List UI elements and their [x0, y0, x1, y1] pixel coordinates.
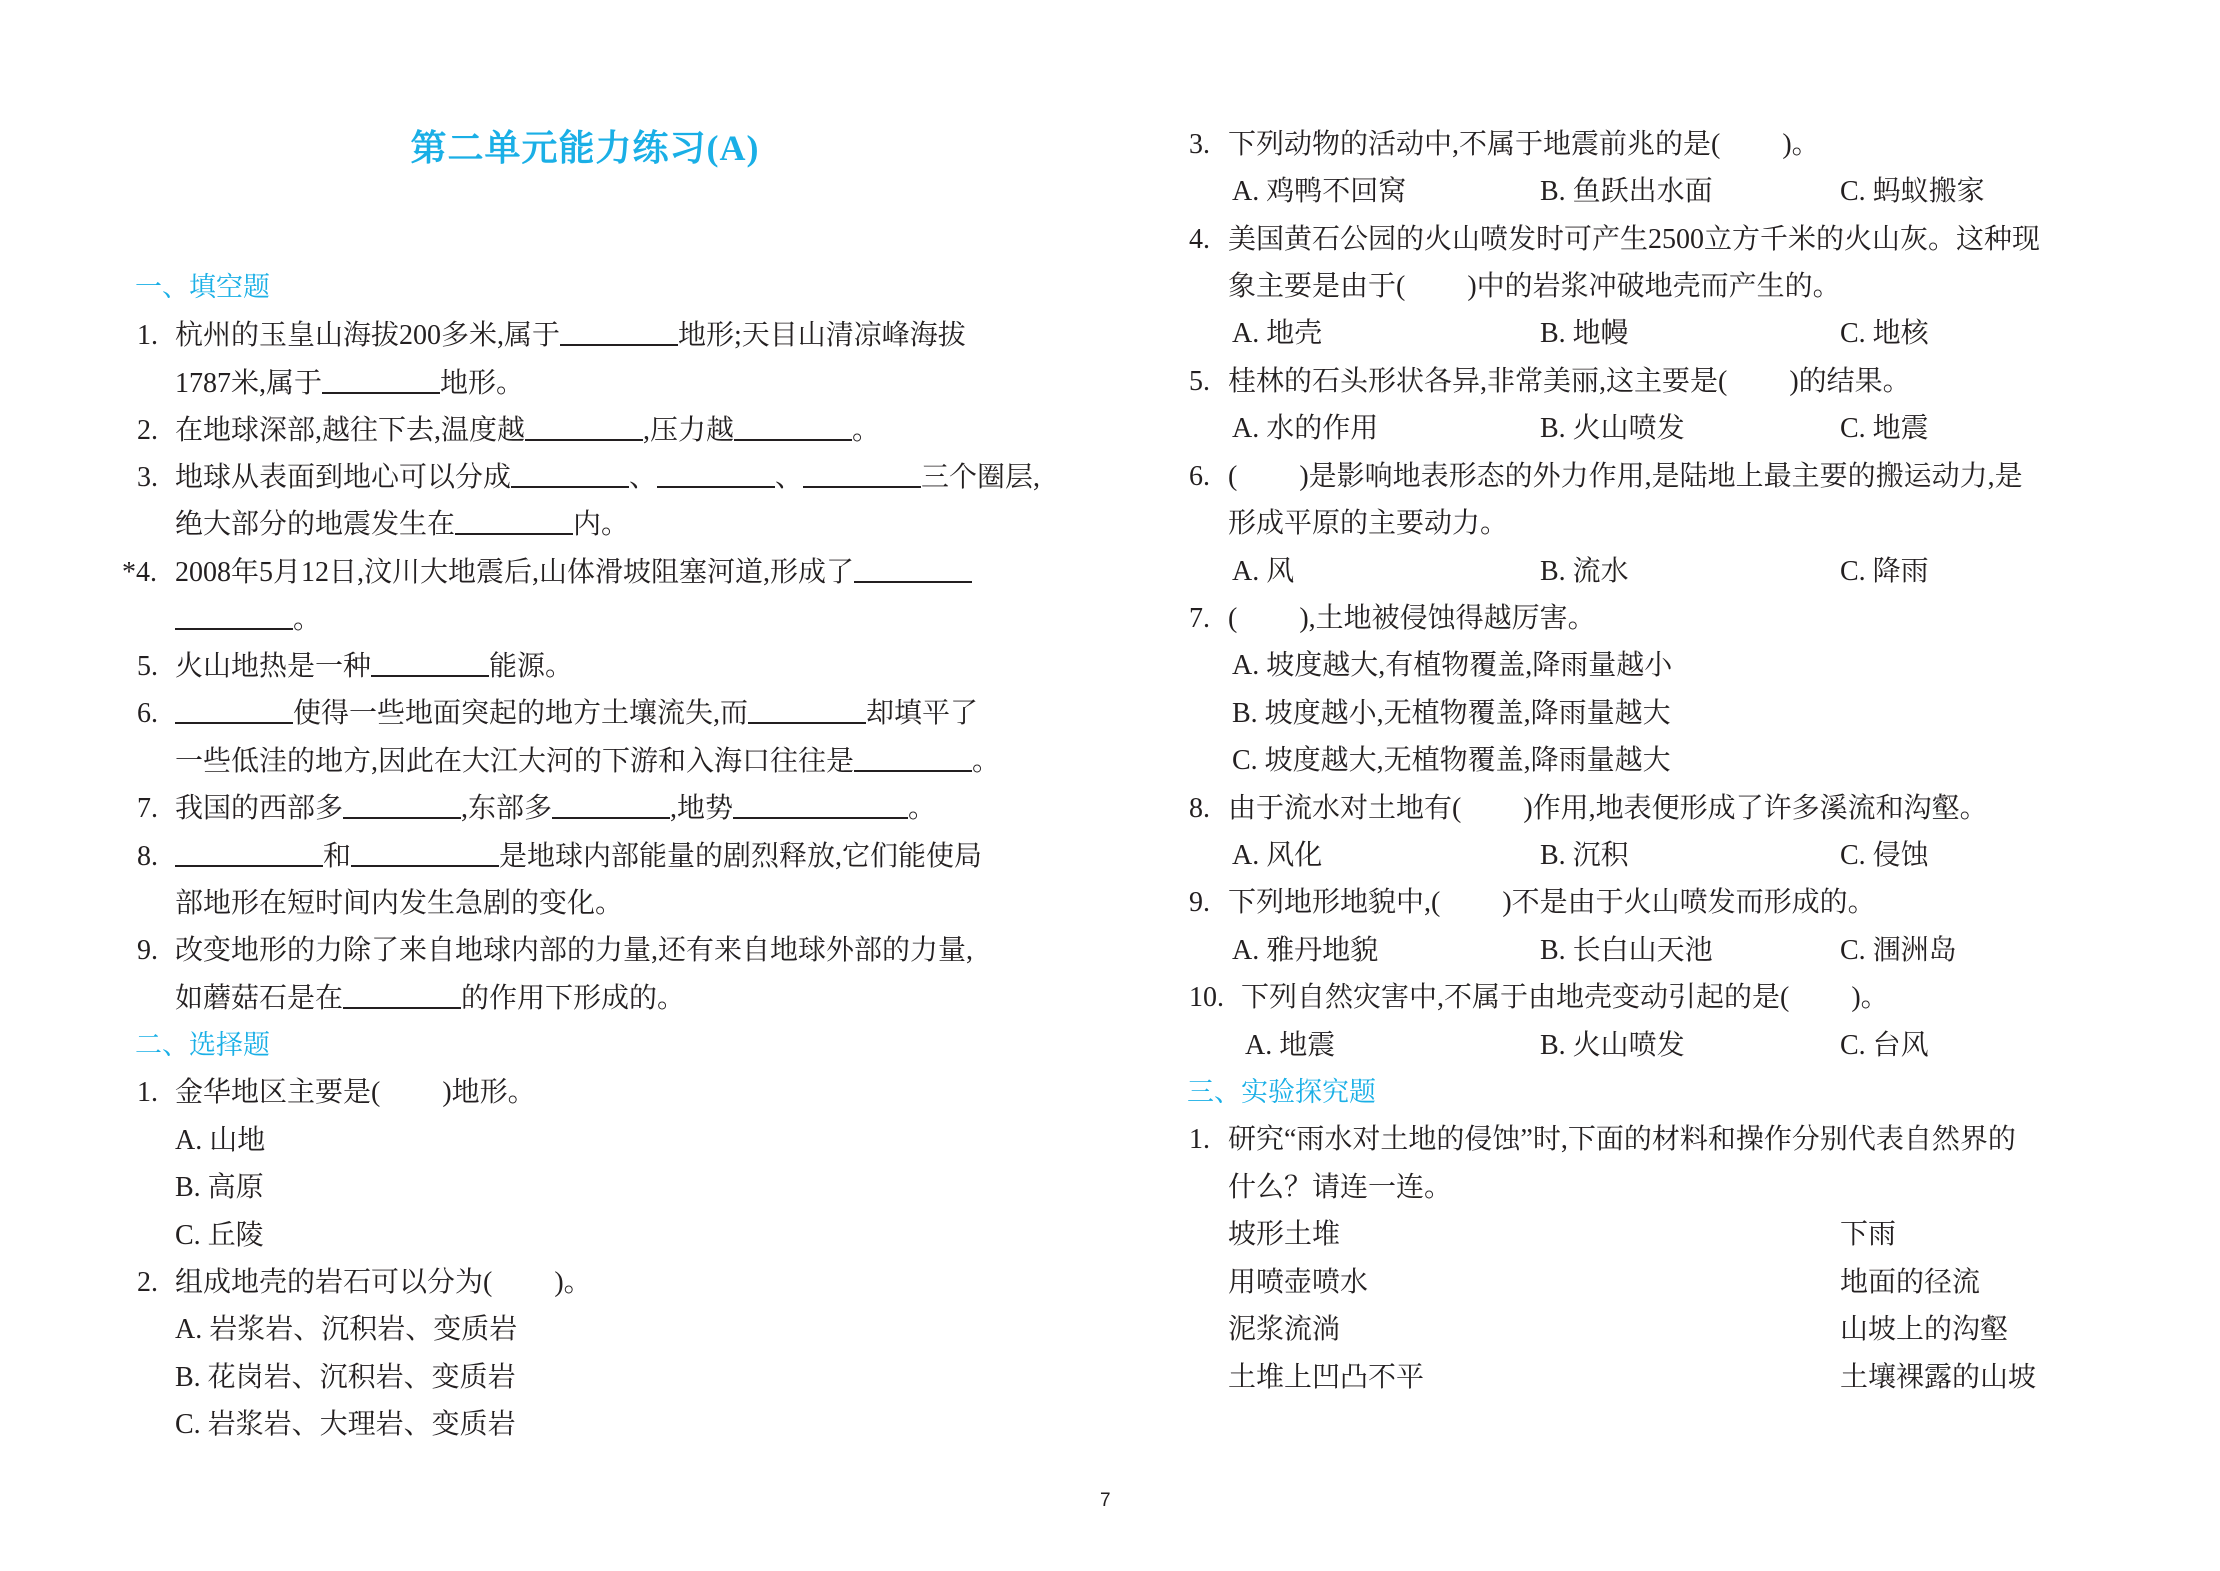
question-number: 9.	[1189, 879, 1228, 926]
choice-question-10: 10.下列自然灾害中,不属于由地壳变动引起的是()。	[1189, 974, 1889, 1021]
match-left-item-2[interactable]: 用喷壶喷水	[1228, 1259, 1368, 1306]
question-number: 1.	[1189, 1116, 1228, 1163]
option-a[interactable]: A. 岩浆岩、沉积岩、变质岩	[175, 1306, 517, 1353]
question-text: 。	[972, 746, 1000, 777]
question-text: 我国的西部多	[175, 793, 343, 824]
answer-blank[interactable]	[175, 598, 293, 630]
option-c[interactable]: C. 侵蚀	[1840, 832, 1929, 879]
match-right-item-3[interactable]: 山坡上的沟壑	[1840, 1306, 2008, 1353]
question-number: 4.	[1189, 216, 1228, 263]
question-text: 如蘑菇石是在	[175, 983, 343, 1014]
answer-blank[interactable]	[734, 409, 852, 441]
question-number: 2.	[137, 407, 175, 454]
answer-blank[interactable]	[854, 551, 972, 583]
option-a[interactable]: A. 山地	[175, 1117, 265, 1164]
fill-question-9: 9.改变地形的力除了来自地球内部的力量,还有来自地球外部的力量,	[137, 927, 973, 974]
question-text: 能源。	[489, 651, 573, 682]
option-c[interactable]: C. 丘陵	[175, 1212, 264, 1259]
question-text: ,地势	[670, 793, 733, 824]
question-text: 在地球深部,越往下去,温度越	[175, 415, 525, 446]
fill-question-8-cont: 部地形在短时间内发生急剧的变化。	[175, 880, 623, 927]
option-a[interactable]: A. 风	[1232, 548, 1294, 595]
option-a[interactable]: A. 地壳	[1232, 310, 1322, 357]
section-heading-experiment: 三、实验探究题	[1187, 1069, 1376, 1116]
question-number: 7.	[1189, 595, 1228, 642]
option-a[interactable]: A. 鸡鸭不回窝	[1232, 168, 1406, 215]
choice-question-6: 6.()是影响地表形态的外力作用,是陆地上最主要的搬运动力,是	[1189, 453, 2023, 500]
fill-question-4: *4.2008年5月12日,汶川大地震后,山体滑坡阻塞河道,形成了	[122, 549, 972, 596]
question-number: 6.	[1189, 453, 1228, 500]
answer-blank[interactable]	[854, 740, 972, 772]
question-text: 。	[908, 793, 936, 824]
question-text: 2008年5月12日,汶川大地震后,山体滑坡阻塞河道,形成了	[175, 557, 854, 588]
question-text: 部地形在短时间内发生急剧的变化。	[175, 888, 623, 919]
question-text: )不是由于火山喷发而形成的。	[1502, 887, 1875, 918]
answer-blank[interactable]	[552, 787, 670, 819]
answer-blank[interactable]	[525, 409, 643, 441]
question-text: 美国黄石公园的火山喷发时可产生2500立方千米的火山灰。这种现	[1228, 224, 2040, 255]
question-text: 研究“雨水对土地的侵蚀”时,下面的材料和操作分别代表自然界的	[1228, 1124, 2016, 1155]
option-c[interactable]: C. 台风	[1840, 1022, 1929, 1069]
match-left-item-3[interactable]: 泥浆流淌	[1228, 1306, 1340, 1353]
question-number: 5.	[137, 643, 175, 690]
question-text: 火山地热是一种	[175, 651, 371, 682]
experiment-question-1: 1.研究“雨水对土地的侵蚀”时,下面的材料和操作分别代表自然界的	[1189, 1116, 2016, 1163]
question-text: 下列地形地貌中,(	[1228, 887, 1440, 918]
fill-question-3: 3.地球从表面到地心可以分成、、三个圈层,	[137, 454, 1040, 501]
answer-blank[interactable]	[733, 787, 908, 819]
match-left-item-4[interactable]: 土堆上凹凸不平	[1228, 1354, 1424, 1401]
question-text: 地形;天目山清凉峰海拔	[678, 320, 966, 351]
question-text: )。	[1782, 129, 1819, 160]
question-text: 桂林的石头形状各异,非常美丽,这主要是(	[1228, 366, 1727, 397]
fill-question-1: 1.杭州的玉皇山海拔200多米,属于地形;天目山清凉峰海拔	[137, 312, 966, 359]
choice-question-3: 3.下列动物的活动中,不属于地震前兆的是()。	[1189, 121, 1820, 168]
question-text: 一些低洼的地方,因此在大江大河的下游和入海口往往是	[175, 746, 854, 777]
choice-question-4: 4.美国黄石公园的火山喷发时可产生2500立方千米的火山灰。这种现	[1189, 216, 2040, 263]
answer-blank[interactable]	[803, 456, 921, 488]
answer-blank[interactable]	[511, 456, 629, 488]
question-text: )是影响地表形态的外力作用,是陆地上最主要的搬运动力,是	[1299, 461, 2022, 492]
question-text: )中的岩浆冲破地壳而产生的。	[1467, 271, 1840, 302]
option-b[interactable]: B. 火山喷发	[1540, 405, 1685, 452]
option-b[interactable]: B. 鱼跃出水面	[1540, 168, 1713, 215]
option-b[interactable]: B. 花岗岩、沉积岩、变质岩	[175, 1354, 516, 1401]
option-a[interactable]: A. 地震	[1245, 1022, 1335, 1069]
answer-blank[interactable]	[322, 362, 440, 394]
option-a[interactable]: A. 水的作用	[1232, 405, 1378, 452]
option-c[interactable]: C. 涠洲岛	[1840, 927, 1957, 974]
question-text: 组成地壳的岩石可以分为(	[175, 1267, 492, 1298]
option-b[interactable]: B. 流水	[1540, 548, 1629, 595]
option-c[interactable]: C. 降雨	[1840, 548, 1929, 595]
choice-question-2: 2.组成地壳的岩石可以分为()。	[137, 1259, 592, 1306]
question-text: 绝大部分的地震发生在	[175, 509, 455, 540]
question-number: 5.	[1189, 358, 1228, 405]
question-text: )的结果。	[1789, 366, 1910, 397]
choice-question-8: 8.由于流水对土地有()作用,地表便形成了许多溪流和沟壑。	[1189, 785, 1988, 832]
fill-question-4-cont: 。	[175, 596, 321, 643]
question-number: 10.	[1189, 974, 1241, 1021]
answer-blank[interactable]	[748, 692, 866, 724]
experiment-question-1-cont: 什么？请连一连。	[1228, 1164, 1452, 1211]
question-text: ,压力越	[643, 415, 734, 446]
question-text: 使得一些地面突起的地方土壤流失,而	[293, 698, 748, 729]
question-text: 地球从表面到地心可以分成	[175, 462, 511, 493]
fill-question-6-cont: 一些低洼的地方,因此在大江大河的下游和入海口往往是。	[175, 738, 1000, 785]
question-text: 象主要是由于(	[1228, 271, 1405, 302]
option-b[interactable]: B. 高原	[175, 1164, 264, 1211]
question-number: 1.	[137, 312, 175, 359]
question-text: 杭州的玉皇山海拔200多米,属于	[175, 320, 560, 351]
answer-blank[interactable]	[351, 835, 499, 867]
question-text: ),土地被侵蚀得越厉害。	[1299, 603, 1595, 634]
fill-question-5: 5.火山地热是一种能源。	[137, 643, 573, 690]
question-number: 3.	[137, 454, 175, 501]
option-b[interactable]: B. 长白山天池	[1540, 927, 1713, 974]
fill-question-3-cont: 绝大部分的地震发生在内。	[175, 501, 629, 548]
question-text: 。	[852, 415, 880, 446]
answer-blank[interactable]	[455, 503, 573, 535]
separator: 、	[629, 462, 657, 493]
answer-blank[interactable]	[343, 977, 461, 1009]
choice-question-4-cont: 象主要是由于()中的岩浆冲破地壳而产生的。	[1228, 263, 1841, 310]
question-text: 地形。	[440, 368, 524, 399]
option-c[interactable]: C. 岩浆岩、大理岩、变质岩	[175, 1401, 516, 1448]
fill-question-6: 6.使得一些地面突起的地方土壤流失,而却填平了	[137, 690, 978, 737]
option-b[interactable]: B. 沉积	[1540, 832, 1629, 879]
option-c[interactable]: C. 坡度越大,无植物覆盖,降雨量越大	[1232, 737, 1671, 784]
match-right-item-1[interactable]: 下雨	[1840, 1211, 1896, 1258]
question-text: 是地球内部能量的剧烈释放,它们能使局	[499, 841, 982, 872]
question-text: 和	[323, 841, 351, 872]
question-text: )。	[554, 1267, 591, 1298]
fill-question-8: 8.和是地球内部能量的剧烈释放,它们能使局	[137, 833, 982, 880]
question-text: 由于流水对土地有(	[1228, 793, 1461, 824]
option-a[interactable]: A. 坡度越大,有植物覆盖,降雨量越小	[1232, 642, 1672, 689]
page-title: 第二单元能力练习(A)	[0, 120, 1170, 176]
question-text: 却填平了	[866, 698, 978, 729]
option-a[interactable]: A. 风化	[1232, 832, 1322, 879]
question-number: *4.	[122, 549, 175, 596]
option-b[interactable]: B. 火山喷发	[1540, 1022, 1685, 1069]
question-text: 的作用下形成的。	[461, 983, 685, 1014]
answer-blank[interactable]	[175, 692, 293, 724]
question-text: )。	[1851, 982, 1888, 1013]
question-text: 下列自然灾害中,不属于由地壳变动引起的是(	[1241, 982, 1789, 1013]
question-text: 改变地形的力除了来自地球内部的力量,还有来自地球外部的力量,	[175, 935, 973, 966]
answer-blank[interactable]	[560, 314, 678, 346]
question-text: 下列动物的活动中,不属于地震前兆的是(	[1228, 129, 1720, 160]
question-text: 内。	[573, 509, 629, 540]
option-c[interactable]: C. 蚂蚁搬家	[1840, 168, 1985, 215]
question-number: 9.	[137, 927, 175, 974]
option-b[interactable]: B. 坡度越小,无植物覆盖,降雨量越大	[1232, 690, 1671, 737]
match-left-item-1[interactable]: 坡形土堆	[1228, 1211, 1340, 1258]
question-number: 1.	[137, 1069, 175, 1116]
answer-blank[interactable]	[371, 645, 489, 677]
option-a[interactable]: A. 雅丹地貌	[1232, 927, 1378, 974]
fill-question-7: 7.我国的西部多,东部多,地势。	[137, 785, 936, 832]
question-text: 形成平原的主要动力。	[1228, 508, 1508, 539]
question-number: 8.	[1189, 785, 1228, 832]
question-text: (	[1228, 461, 1237, 492]
question-text: 三个圈层,	[921, 462, 1040, 493]
option-b[interactable]: B. 地幔	[1540, 310, 1629, 357]
answer-blank[interactable]	[343, 787, 461, 819]
section-heading-fill-in: 一、填空题	[135, 264, 270, 311]
question-text: )地形。	[442, 1077, 535, 1108]
question-text: )作用,地表便形成了许多溪流和沟壑。	[1523, 793, 1987, 824]
match-right-item-2[interactable]: 地面的径流	[1840, 1259, 1980, 1306]
question-text: 。	[293, 604, 321, 635]
fill-question-2: 2.在地球深部,越往下去,温度越,压力越。	[137, 407, 880, 454]
choice-question-1: 1.金华地区主要是()地形。	[137, 1069, 536, 1116]
page-number: 7	[1100, 1490, 1111, 1512]
fill-question-1-cont: 1787米,属于地形。	[175, 360, 524, 407]
choice-question-6-cont: 形成平原的主要动力。	[1228, 500, 1508, 547]
question-number: 7.	[137, 785, 175, 832]
separator: 、	[775, 462, 803, 493]
option-c[interactable]: C. 地震	[1840, 405, 1929, 452]
choice-question-5: 5.桂林的石头形状各异,非常美丽,这主要是()的结果。	[1189, 358, 1911, 405]
question-number: 8.	[137, 833, 175, 880]
answer-blank[interactable]	[657, 456, 775, 488]
question-text: 1787米,属于	[175, 368, 322, 399]
section-heading-multiple-choice: 二、选择题	[135, 1022, 270, 1069]
choice-question-9: 9.下列地形地貌中,()不是由于火山喷发而形成的。	[1189, 879, 1876, 926]
fill-question-9-cont: 如蘑菇石是在的作用下形成的。	[175, 975, 685, 1022]
question-text: ,东部多	[461, 793, 552, 824]
worksheet-page: 第二单元能力练习(A) 一、填空题 1.杭州的玉皇山海拔200多米,属于地形;天…	[0, 0, 2220, 1571]
question-number: 3.	[1189, 121, 1228, 168]
match-right-item-4[interactable]: 土壤裸露的山坡	[1840, 1354, 2036, 1401]
answer-blank[interactable]	[175, 835, 323, 867]
choice-question-7: 7.(),土地被侵蚀得越厉害。	[1189, 595, 1596, 642]
question-number: 6.	[137, 690, 175, 737]
question-text: 金华地区主要是(	[175, 1077, 380, 1108]
question-text: (	[1228, 603, 1237, 634]
option-c[interactable]: C. 地核	[1840, 310, 1929, 357]
question-number: 2.	[137, 1259, 175, 1306]
